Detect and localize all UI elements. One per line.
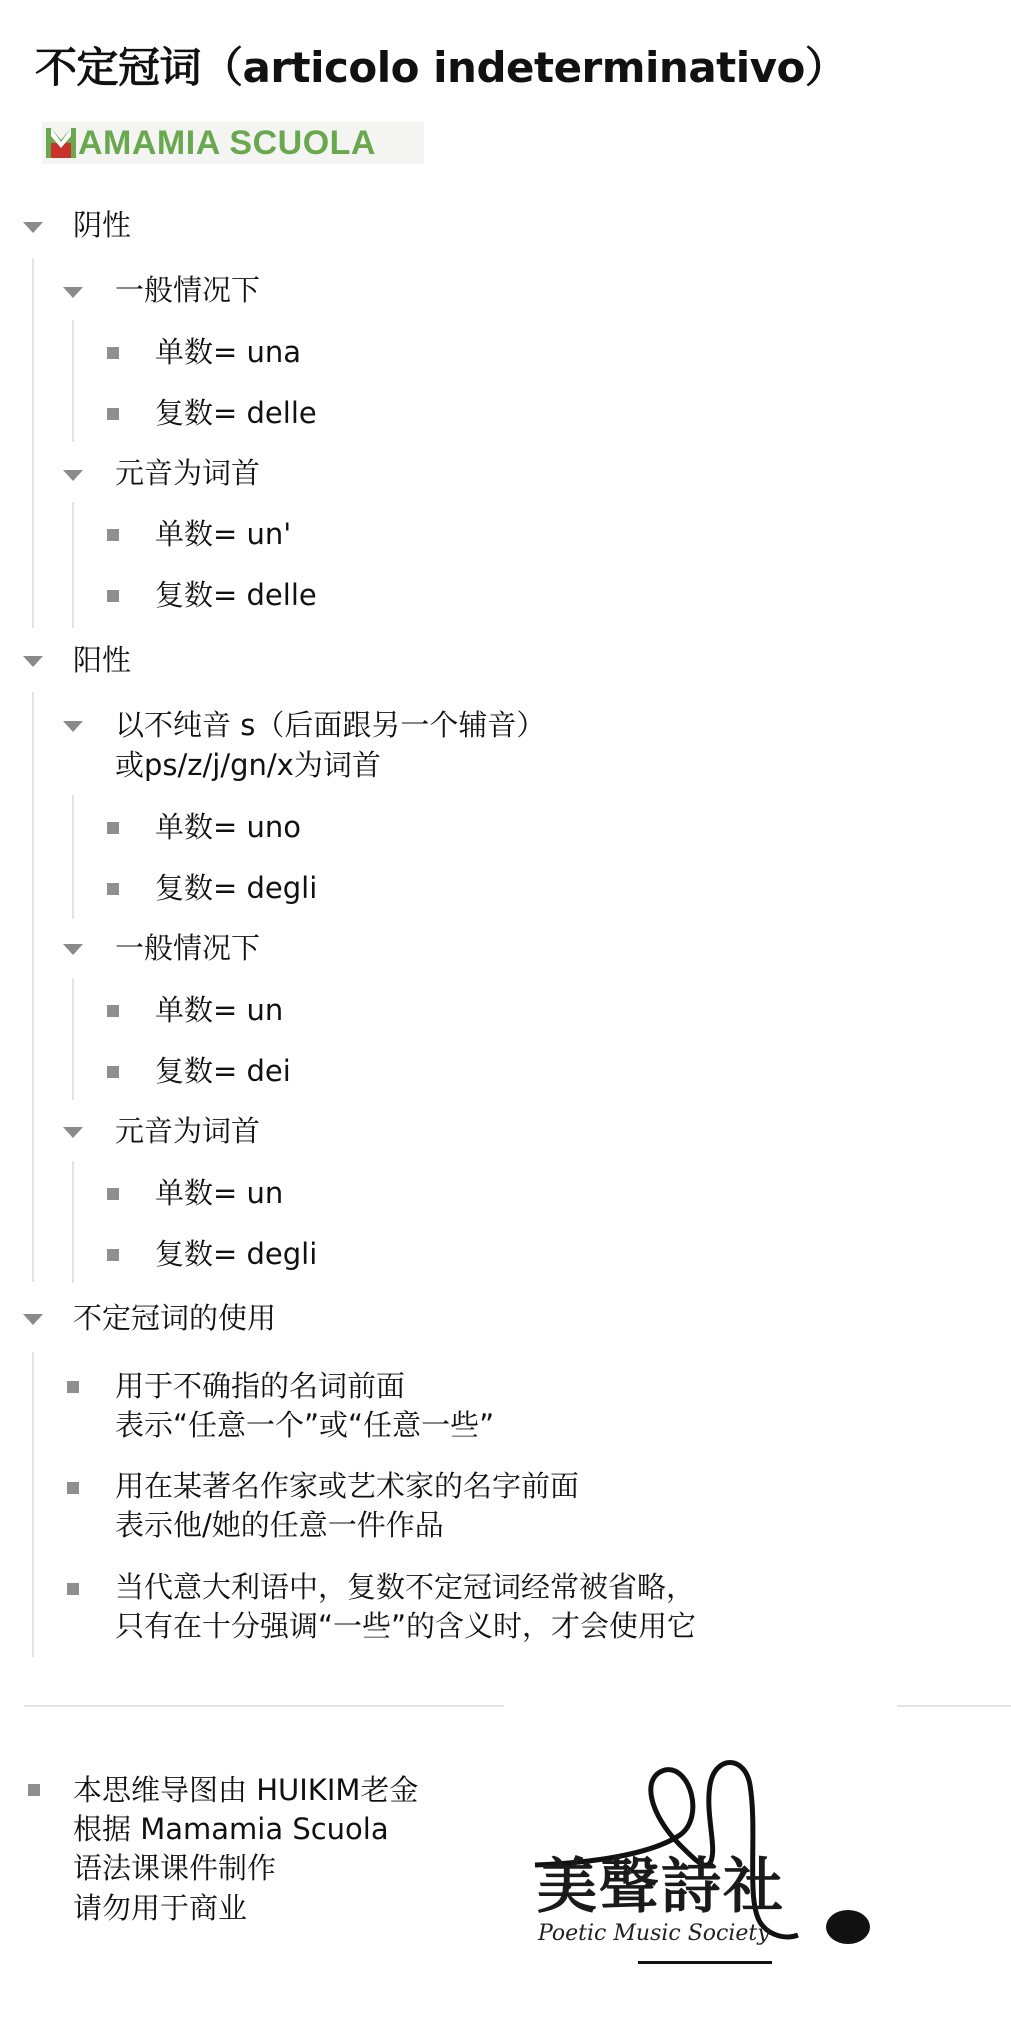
bullet-icon: [107, 347, 119, 359]
divider: [24, 1705, 504, 1707]
list-item: 复数= delle: [155, 393, 317, 433]
node-label: 元音为词首: [115, 453, 260, 493]
bullet-icon: [28, 1784, 40, 1796]
bullet-icon: [107, 529, 119, 541]
bullet-icon: [107, 1005, 119, 1017]
usage-item-line: 只有在十分强调“一些”的含义时，才会使用它: [115, 1606, 696, 1646]
usage-item-line: 表示“任意一个”或“任意一些”: [115, 1405, 494, 1445]
collapse-toggle-icon[interactable]: [63, 721, 83, 732]
collapse-toggle-icon[interactable]: [23, 222, 43, 233]
collapse-toggle-icon[interactable]: [63, 287, 83, 298]
credit-line: 本思维导图由 HUIKIM老金: [73, 1770, 418, 1810]
tree-guide-line: [32, 258, 34, 628]
bullet-icon: [107, 408, 119, 420]
brand-text: AMAMIA SCUOLA: [78, 122, 376, 164]
poetic-music-society-logo: 美聲詩社 Poetic Music Society: [530, 1755, 880, 1970]
node-feminine: 阴性: [73, 205, 131, 245]
bullet-icon: [107, 883, 119, 895]
list-item: 单数= un: [155, 1173, 283, 1213]
tree-guide-line: [72, 1161, 74, 1283]
tree-guide-line: [72, 320, 74, 442]
list-item: 单数= una: [155, 332, 301, 372]
usage-item-line: 用于不确指的名词前面: [115, 1366, 405, 1406]
node-label-line2: 或ps/z/j/gn/x为词首: [115, 745, 381, 785]
bullet-icon: [107, 822, 119, 834]
credit-line: 根据 Mamamia Scuola: [73, 1809, 389, 1849]
tree-guide-line: [72, 502, 74, 628]
list-item: 复数= degli: [155, 1234, 317, 1274]
tree-guide-line: [72, 795, 74, 919]
usage-item-line: 用在某著名作家或艺术家的名字前面: [115, 1466, 579, 1506]
node-masculine: 阳性: [73, 640, 131, 680]
node-label: 元音为词首: [115, 1111, 260, 1151]
collapse-toggle-icon[interactable]: [63, 1127, 83, 1138]
list-item: 复数= delle: [155, 575, 317, 615]
node-label: 以不纯音 s（后面跟另一个辅音）: [115, 705, 545, 745]
bullet-icon: [67, 1482, 79, 1494]
tree-guide-line: [32, 1352, 34, 1657]
usage-item-line: 当代意大利语中，复数不定冠词经常被省略，: [115, 1567, 695, 1607]
bullet-icon: [107, 1249, 119, 1261]
bullet-icon: [107, 590, 119, 602]
node-usage: 不定冠词的使用: [73, 1298, 276, 1338]
list-item: 单数= uno: [155, 807, 301, 847]
node-label: 一般情况下: [115, 928, 260, 968]
tree-guide-line: [32, 692, 34, 1282]
bullet-icon: [67, 1583, 79, 1595]
collapse-toggle-icon[interactable]: [23, 1314, 43, 1325]
collapse-toggle-icon[interactable]: [63, 944, 83, 955]
collapse-toggle-icon[interactable]: [63, 470, 83, 481]
mamamia-scuola-logo: AMAMIA SCUOLA: [42, 122, 424, 164]
divider: [897, 1705, 1011, 1707]
node-label: 一般情况下: [115, 270, 260, 310]
bullet-icon: [107, 1188, 119, 1200]
collapse-toggle-icon[interactable]: [23, 656, 43, 667]
bullet-icon: [67, 1381, 79, 1393]
list-item: 单数= un: [155, 990, 283, 1030]
logo-chinese-text: 美聲詩社: [537, 1855, 785, 1919]
list-item: 复数= degli: [155, 868, 317, 908]
credit-line: 语法课课件制作: [73, 1848, 276, 1888]
logo-english-text: Poetic Music Society: [538, 1921, 770, 1946]
list-item: 单数= un': [155, 514, 291, 554]
list-item: 复数= dei: [155, 1051, 291, 1091]
usage-item-line: 表示他/她的任意一件作品: [115, 1505, 444, 1545]
tree-guide-line: [72, 978, 74, 1100]
credit-line: 请勿用于商业: [73, 1888, 247, 1928]
page-title: 不定冠词（articolo indeterminativo）: [35, 40, 846, 96]
logo-underline: [638, 1961, 772, 1964]
bullet-icon: [107, 1066, 119, 1078]
brand-m-icon: [46, 128, 76, 158]
